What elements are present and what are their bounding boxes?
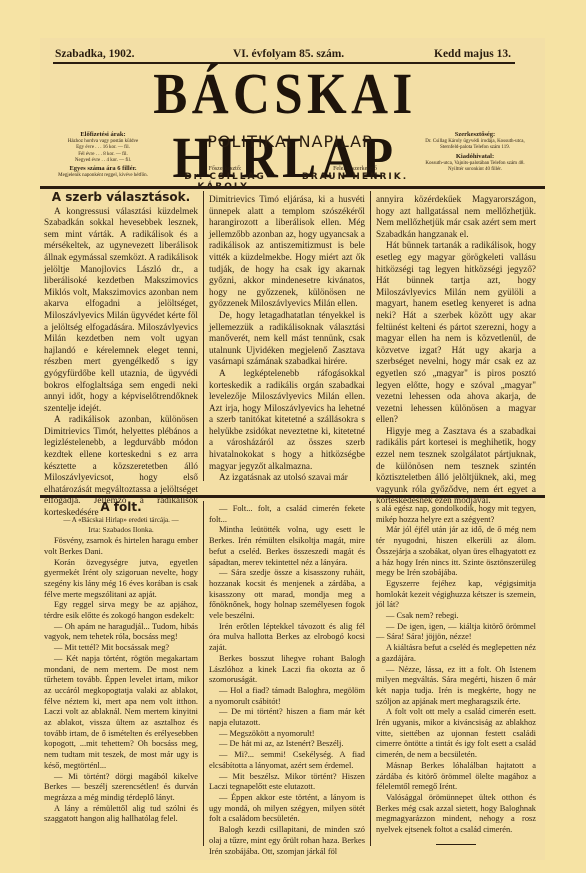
paragraph: — Mi történt? dörgi magából kikelve Berk… [44,772,198,804]
paragraph: — De hát mi az, az Istenért? Beszélj. [209,739,365,750]
publishing-office-heading: Kiadóhivatal: [420,152,530,161]
article2-title: A folt. [44,502,198,513]
paragraph: Mintha leütötték volna, ugy esett le Ber… [209,525,365,568]
paragraph: — Oh apám ne haragudjál... Tudom, hibás … [44,622,198,643]
paragraph: Egyszerre fejéhez kap, végigsimitja homl… [376,579,536,611]
subscription-box: Előfizetési árak: Házhoz hordva vagy pos… [48,130,158,179]
paragraph: — Csak nem? rebegi. [376,611,536,622]
office-box: Szerkesztőség: Dr. Csillag Károly ügyvéd… [420,130,530,173]
paragraph: A kiáltásra befut a cseléd és meglepette… [376,643,536,664]
article-end-rule [436,844,476,845]
ad-price-note: Nyilttér soronkint 40 fillér. [420,167,530,173]
paragraph: — Folt... folt, a család cimerén fekete … [209,504,365,525]
column-divider [203,191,204,481]
paragraph: Berkes bosszut lihegve rohant Balogh Lás… [209,654,365,686]
article1-col1: A szerb választások. A kongressusi válas… [44,190,198,519]
paragraph: Balogh kezdi csillapitani, de minden szó… [209,825,365,857]
article1-title: A szerb választások. [44,192,198,204]
paragraph: Az izgatásnak az utolsó szavai már [209,472,365,484]
article1-col3: annyira közérdekűek Magyarországon, hogy… [376,194,536,507]
header-divider [40,186,545,189]
column-divider [203,501,204,846]
article2-byline: Irta: Szabados Ilonka. [44,525,198,536]
paragraph: — Mit beszélsz. Mikor történt? Hiszen La… [209,772,365,793]
newspaper-page: Szabadka, 1902. VI. évfolyam 85. szám. K… [40,38,545,860]
paragraph: — Megszökött a nyomorult! [209,729,365,740]
issue-date: Kedd majus 13. [434,48,511,60]
paragraph: Irén erőtlen léptekkel távozott és alig … [209,622,365,654]
article2-col3: s alá egész nap, gondolkodik, hogy mit t… [376,504,536,845]
single-copy-price: Egyes száma ára 6 fillér. [48,164,158,173]
paragraph: — Éppen akkor este történt, a lányom is … [209,793,365,825]
responsible-editor: Felelős szerkesztő BRAUN HENRIK. [295,166,415,182]
paragraph: Másnap Berkes lóhalálban hajtatott a zár… [376,761,536,793]
volume-issue: VI. évfolyam 85. szám. [233,48,344,60]
responsible-editor-name: BRAUN HENRIK. [295,172,415,182]
article-divider [40,495,545,498]
article2-subtitle: — A «Bácskai Hirlap» eredeti tárcája. — [44,515,198,526]
paragraph: — De igen, igen, — kiáltja kitörő örömme… [376,622,536,643]
paragraph: — Sára szedje össze a kisasszony ruháit,… [209,568,365,622]
paragraph: A kongressusi választási küzdelmek Szaba… [44,206,198,415]
paragraph: Valósággal örömünnepet ültek otthon és B… [376,793,536,836]
paragraph: — Mit tettél? Mit bocsássak meg? [44,643,198,654]
article1-col2: Dimitrievics Timó eljárása, ki a husvéti… [209,194,365,484]
chief-editor-name: Dr. CSILLAG KÁROLY. [165,172,285,192]
paragraph: — Két napja történt, rögtön megakartam m… [44,654,198,772]
paragraph: — De mi történt? hiszen a fiam már két n… [209,707,365,728]
article2-col2: — Folt... folt, a család cimerén fekete … [209,504,365,857]
paragraph: — Nézze, lássa, ez itt a folt. Oh Istene… [376,665,536,708]
publication-note: Megjelenik naponként reggel, kivéve hétf… [48,173,158,179]
paragraph: — Hol a fiad? támadt Baloghra, megölöm a… [209,686,365,707]
column-divider [370,501,371,846]
masthead: BÁCSKAI HIRLAP [78,62,492,126]
paragraph: Egy reggel sirva megy be az apjához, tér… [44,600,198,621]
paper-subtitle: POLITIKAI NAPILAP [160,132,420,151]
paragraph: De, hogy letagadhatatlan tényekkel is je… [209,310,365,368]
paragraph: Már jól éjfél után jár az idő, de ő még … [376,525,536,579]
paragraph: s alá egész nap, gondolkodik, hogy mit t… [376,504,536,525]
paragraph: annyira közérdekűek Magyarországon, hogy… [376,194,536,240]
article2-col1: A folt. — A «Bácskai Hirlap» eredeti tár… [44,500,198,825]
subscription-heading: Előfizetési árak: [48,130,158,139]
place-year: Szabadka, 1902. [55,48,135,60]
paragraph: — Mi?... semmi! Csekélység. A fiad elcsá… [209,750,365,771]
editorial-office-text: Dr. Csillag Károly ügyvédi irodája, Koss… [420,139,530,152]
paragraph: A lány a rémülettől alig tud szólni és s… [44,804,198,825]
paragraph: A legképtelenebb ráfogásokkal korteskedi… [209,368,365,472]
paragraph: Dimitrievics Timó eljárása, ki a husvéti… [209,194,365,310]
paragraph: A folt volt ott mely a család cimerén es… [376,707,536,761]
editorial-office-heading: Szerkesztőség: [420,130,530,139]
paragraph: Fösvény, zsarnok és hirtelen haragu embe… [44,536,198,557]
column-divider [370,191,371,481]
paragraph: Hát bünnek tartanák a radikálisok, hogy … [376,240,536,426]
publishing-office-text: Kossuth-utca, Vajnits-palotában Telefon … [420,161,530,167]
paragraph: Korán özvegységre jutva, egyetlen gyerme… [44,558,198,601]
